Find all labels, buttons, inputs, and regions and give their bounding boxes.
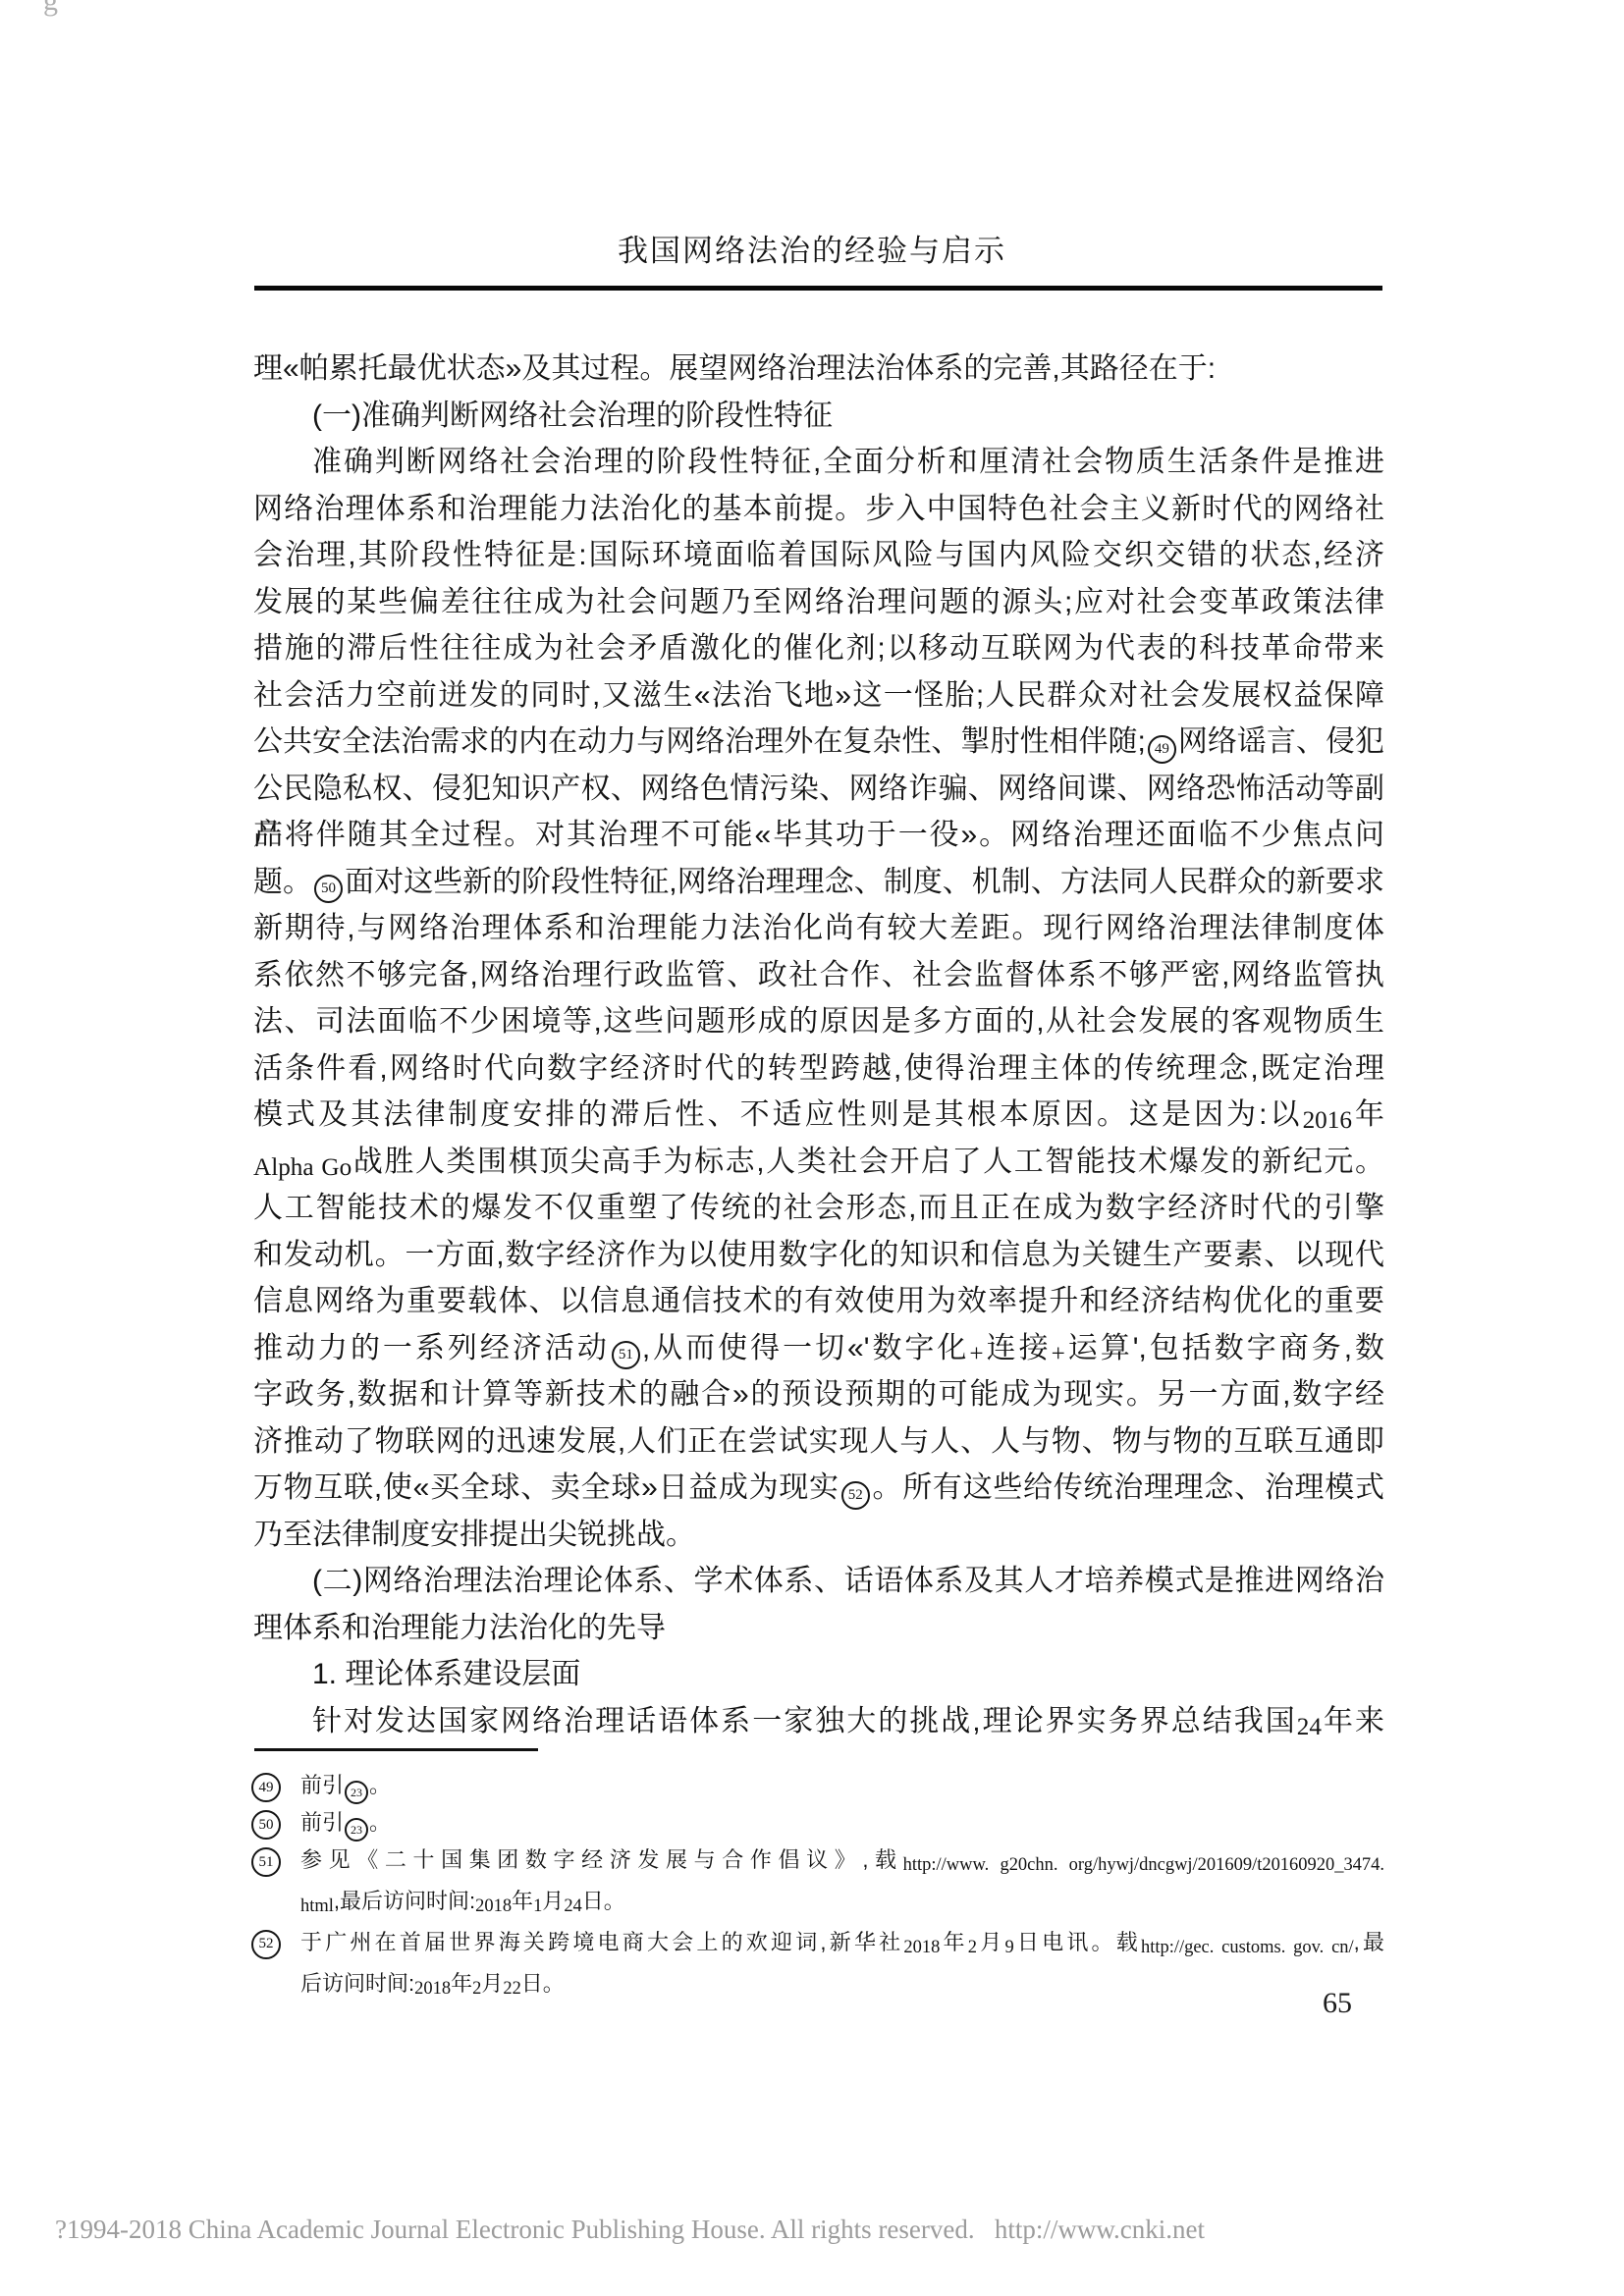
latin-run: + xyxy=(1052,1341,1065,1367)
body-line: 理«帕累托最优状态»及其过程。展望网络治理法治体系的完善,其路径在于: xyxy=(253,346,1384,393)
text-run: 题。 xyxy=(253,866,312,898)
footnote: 52于广州在首届世界海关跨境电商大会上的欢迎词,新华社2018年2月9日电讯。载… xyxy=(251,1924,1384,2006)
article-body: 理«帕累托最优状态»及其过程。展望网络治理法治体系的完善,其路径在于:(一)准确… xyxy=(253,346,1384,1744)
text-run: 年来 xyxy=(1322,1705,1384,1737)
text-run: 理体系和治理能力法治化的先导 xyxy=(253,1612,666,1644)
body-line: 字政务,数据和计算等新技术的融合»的预设预期的可能成为现实。另一方面,数字经 xyxy=(253,1371,1384,1418)
text-run: 年 xyxy=(512,1889,533,1913)
footnote-list: 49前引23。50前引23。51参见《二十国集团数字经济发展与合作倡议》,载ht… xyxy=(251,1767,1384,2006)
text-run: 人工智能技术的爆发不仅重塑了传统的社会形态,而且正在成为数字经济时代的引擎 xyxy=(253,1192,1384,1224)
text-run: 于广州在首届世界海关跨境电商大会上的欢迎词,新华社 xyxy=(300,1930,903,1954)
footer-watermark: ?1994-2018 China Academic Journal Electr… xyxy=(55,2215,1205,2245)
latin-run: html xyxy=(300,1896,334,1915)
body-line: 推动力的一系列经济活动51,从而使得一切«'数字化+连接+运算',包括数字商务,… xyxy=(253,1325,1384,1372)
text-run: 网络治理体系和治理能力法治化的基本前提。步入中国特色社会主义新时代的网络社 xyxy=(253,493,1384,525)
text-run: 战胜人类围棋顶尖高手为标志,人类社会开启了人工智能技术爆发的新纪元。 xyxy=(352,1146,1384,1178)
body-line: 公民隐私权、侵犯知识产权、网络色情污染、网络诈骗、网络间谍、网络恐怖活动等副产 xyxy=(253,766,1384,813)
body-line: 理体系和治理能力法治化的先导 xyxy=(253,1605,1384,1652)
body-line: 社会活力空前迸发的同时,又滋生«法治飞地»这一怪胎;人民群众对社会发展权益保障 xyxy=(253,672,1384,720)
footnote-text: 参见《二十国集团数字经济发展与合作倡议》,载http://www. g20chn… xyxy=(300,1842,1384,1924)
body-line: 措施的滞后性往往成为社会矛盾激化的催化剂;以移动互联网为代表的科技革命带来 xyxy=(253,625,1384,672)
footnote-line: html,最后访问时间:2018年1月24日。 xyxy=(300,1883,1384,1924)
text-run: 月 xyxy=(481,1971,503,1996)
text-run: ,最 xyxy=(1354,1930,1384,1954)
body-line: 法、司法面临不少困境等,这些问题形成的原因是多方面的,从社会发展的客观物质生 xyxy=(253,998,1384,1045)
text-run: 法、司法面临不少困境等,这些问题形成的原因是多方面的,从社会发展的客观物质生 xyxy=(253,1005,1384,1038)
footnote-marker: 52 xyxy=(251,1930,281,1959)
text-run: 月 xyxy=(977,1930,1004,1954)
text-run: 年 xyxy=(451,1971,472,1996)
text-run: 前引 xyxy=(300,1810,344,1835)
latin-run: 24 xyxy=(564,1896,581,1915)
body-line: 济推动了物联网的迅速发展,人们正在尝试实现人与人、人与物、物与物的互联互通即 xyxy=(253,1418,1384,1466)
body-line: Alpha Go战胜人类围棋顶尖高手为标志,人类社会开启了人工智能技术爆发的新纪… xyxy=(253,1139,1384,1186)
footnote-text: 于广州在首届世界海关跨境电商大会上的欢迎词,新华社2018年2月9日电讯。载ht… xyxy=(300,1924,1384,2006)
running-head-title: 我国网络法治的经验与启示 xyxy=(0,226,1624,270)
body-line: 题。50面对这些新的阶段性特征,网络治理理念、制度、机制、方法同人民群众的新要求 xyxy=(253,859,1384,906)
text-run: 网络谣言、侵犯 xyxy=(1178,725,1384,758)
latin-run: http://gec. customs. gov. cn/ xyxy=(1141,1937,1354,1956)
latin-run: 2016 xyxy=(1303,1107,1352,1134)
body-line: (一)准确判断网络社会治理的阶段性特征 xyxy=(253,393,1384,440)
body-line: 公共安全法治需求的内在动力与网络治理外在复杂性、掣肘性相伴随;49网络谣言、侵犯 xyxy=(253,719,1384,766)
text-run: 年 xyxy=(1352,1098,1384,1131)
text-run: 会治理,其阶段性特征是:国际环境面临着国际风险与国内风险交织交错的状态,经济 xyxy=(253,539,1384,571)
ref-number-circle: 50 xyxy=(314,875,343,903)
text-run: 月 xyxy=(542,1889,564,1913)
body-line: 网络治理体系和治理能力法治化的基本前提。步入中国特色社会主义新时代的网络社 xyxy=(253,486,1384,533)
body-line: 发展的某些偏差往往成为社会问题乃至网络治理问题的源头;应对社会变革政策法律 xyxy=(253,579,1384,626)
latin-run: + xyxy=(969,1341,983,1367)
body-line: 新期待,与网络治理体系和治理能力法治化尚有较大差距。现行网络治理法律制度体 xyxy=(253,905,1384,952)
text-run: 1. 理论体系建设层面 xyxy=(312,1658,580,1690)
text-run: 字政务,数据和计算等新技术的融合»的预设预期的可能成为现实。另一方面,数字经 xyxy=(253,1378,1384,1411)
text-run: 活条件看,网络时代向数字经济时代的转型跨越,使得治理主体的传统理念,既定治理 xyxy=(253,1052,1384,1085)
body-line: 会治理,其阶段性特征是:国际环境面临着国际风险与国内风险交织交错的状态,经济 xyxy=(253,532,1384,579)
body-line: 模式及其法律制度安排的滞后性、不适应性则是其根本原因。这是因为:以2016年 xyxy=(253,1092,1384,1139)
text-run: 推动力的一系列经济活动 xyxy=(253,1332,610,1364)
text-run: 新期待,与网络治理体系和治理能力法治化尚有较大差距。现行网络治理法律制度体 xyxy=(253,912,1384,944)
text-run: 公共安全法治需求的内在动力与网络治理外在复杂性、掣肘性相伴随; xyxy=(253,725,1146,758)
footnote-line: 于广州在首届世界海关跨境电商大会上的欢迎词,新华社2018年2月9日电讯。载ht… xyxy=(300,1924,1384,1965)
text-run: ,最后访问时间: xyxy=(334,1889,475,1913)
text-run: 济推动了物联网的迅速发展,人们正在尝试实现人与人、人与物、物与物的互联互通即 xyxy=(253,1425,1384,1458)
ref-number-circle: 23 xyxy=(345,1818,368,1842)
text-run: ,从而使得一切«'数字化 xyxy=(642,1332,970,1364)
text-run: 前引 xyxy=(300,1773,344,1797)
page-number: 65 xyxy=(1323,1987,1352,2020)
latin-run: Alpha Go xyxy=(253,1154,352,1181)
body-line: 活条件看,网络时代向数字经济时代的转型跨越,使得治理主体的传统理念,既定治理 xyxy=(253,1045,1384,1093)
latin-run: http://www. g20chn. org/hywj/dncgwj/2016… xyxy=(903,1854,1384,1874)
text-run: 准确判断网络社会治理的阶段性特征,全面分析和厘清社会物质生活条件是推进 xyxy=(312,446,1384,478)
latin-run: 1 xyxy=(533,1896,542,1915)
text-run: 。 xyxy=(369,1773,391,1797)
footnote-line: 参见《二十国集团数字经济发展与合作倡议》,载http://www. g20chn… xyxy=(300,1842,1384,1883)
ref-number-circle: 52 xyxy=(841,1481,870,1510)
body-line: 针对发达国家网络治理话语体系一家独大的挑战,理论界实务界总结我国24年来 xyxy=(253,1698,1384,1745)
text-run: 针对发达国家网络治理话语体系一家独大的挑战,理论界实务界总结我国 xyxy=(312,1705,1297,1737)
body-line: (二)网络治理法治理论体系、学术体系、话语体系及其人才培养模式是推进网络治 xyxy=(253,1558,1384,1605)
text-run: 年 xyxy=(940,1930,967,1954)
body-line: 万物互联,使«买全球、卖全球»日益成为现实52。所有这些给传统治理理念、治理模式 xyxy=(253,1465,1384,1512)
footnote: 50前引23。 xyxy=(251,1804,1384,1842)
text-run: 连接 xyxy=(984,1332,1052,1364)
latin-run: 24 xyxy=(1297,1714,1322,1740)
text-run: 日。 xyxy=(582,1889,625,1913)
text-run: 理«帕累托最优状态»及其过程。展望网络治理法治体系的完善,其路径在于: xyxy=(253,352,1216,385)
body-line: 乃至法律制度安排提出尖锐挑战。 xyxy=(253,1512,1384,1559)
body-line: 信息网络为重要载体、以信息通信技术的有效使用为效率提升和经济结构优化的重要 xyxy=(253,1278,1384,1325)
body-line: 和发动机。一方面,数字经济作为以使用数字化的知识和信息为关键生产要素、以现代 xyxy=(253,1232,1384,1279)
header-rule-divider xyxy=(254,286,1382,291)
footnote-line: 后访问时间:2018年2月22日。 xyxy=(300,1965,1384,2006)
footnote-marker: 50 xyxy=(251,1810,281,1840)
footnote-line: 前引23。 xyxy=(300,1804,1384,1842)
ref-number-circle: 51 xyxy=(612,1341,640,1369)
text-run: 。 xyxy=(369,1810,391,1835)
text-run: 措施的滞后性往往成为社会矛盾激化的催化剂;以移动互联网为代表的科技革命带来 xyxy=(253,632,1384,665)
text-run: 社会活力空前迸发的同时,又滋生«法治飞地»这一怪胎;人民群众对社会发展权益保障 xyxy=(253,679,1384,712)
text-run: 参见《二十国集团数字经济发展与合作倡议》,载 xyxy=(300,1847,903,1872)
latin-run: 2 xyxy=(472,1978,481,1998)
ref-number-circle: 49 xyxy=(1148,735,1176,764)
scan-artifact-mark: g xyxy=(43,0,58,18)
footnote: 51参见《二十国集团数字经济发展与合作倡议》,载http://www. g20c… xyxy=(251,1842,1384,1924)
footnote: 49前引23。 xyxy=(251,1767,1384,1804)
body-line: 品将伴随其全过程。对其治理不可能«毕其功于一役»。网络治理还面临不少焦点问 xyxy=(253,812,1384,859)
footnote-text: 前引23。 xyxy=(300,1767,1384,1804)
text-run: 万物互联,使«买全球、卖全球»日益成为现实 xyxy=(253,1471,839,1504)
text-run: 系依然不够完备,网络治理行政监管、政社合作、社会监督体系不够严密,网络监管执 xyxy=(253,959,1384,991)
footnote-separator xyxy=(254,1748,538,1751)
latin-run: 2018 xyxy=(475,1896,512,1915)
text-run: 乃至法律制度安排提出尖锐挑战。 xyxy=(253,1519,695,1551)
latin-run: 9 xyxy=(1004,1937,1013,1956)
latin-run: 2 xyxy=(968,1937,977,1956)
body-line: 人工智能技术的爆发不仅重塑了传统的社会形态,而且正在成为数字经济时代的引擎 xyxy=(253,1185,1384,1232)
body-line: 1. 理论体系建设层面 xyxy=(253,1651,1384,1698)
text-run: 品将伴随其全过程。对其治理不可能«毕其功于一役»。网络治理还面临不少焦点问 xyxy=(253,819,1384,851)
footnote-text: 前引23。 xyxy=(300,1804,1384,1842)
text-run: 。所有这些给传统治理理念、治理模式 xyxy=(872,1471,1384,1504)
latin-run: 22 xyxy=(503,1978,520,1998)
footnote-marker: 51 xyxy=(251,1847,281,1877)
footnote-line: 前引23。 xyxy=(300,1767,1384,1804)
latin-run: 2018 xyxy=(903,1937,940,1956)
text-run: 运算',包括数字商务,数 xyxy=(1065,1332,1384,1364)
text-run: 和发动机。一方面,数字经济作为以使用数字化的知识和信息为关键生产要素、以现代 xyxy=(253,1239,1384,1271)
text-run: (二)网络治理法治理论体系、学术体系、话语体系及其人才培养模式是推进网络治 xyxy=(312,1565,1384,1597)
text-run: 信息网络为重要载体、以信息通信技术的有效使用为效率提升和经济结构优化的重要 xyxy=(253,1285,1384,1317)
latin-run: 2018 xyxy=(414,1978,451,1998)
text-run: (一)准确判断网络社会治理的阶段性特征 xyxy=(312,400,833,432)
footnote-marker: 49 xyxy=(251,1773,281,1802)
body-line: 准确判断网络社会治理的阶段性特征,全面分析和厘清社会物质生活条件是推进 xyxy=(253,439,1384,486)
scanned-paper-page: g 我国网络法治的经验与启示 理«帕累托最优状态»及其过程。展望网络治理法治体系… xyxy=(0,0,1624,2296)
text-run: 面对这些新的阶段性特征,网络治理理念、制度、机制、方法同人民群众的新要求 xyxy=(345,866,1384,898)
body-line: 系依然不够完备,网络治理行政监管、政社合作、社会监督体系不够严密,网络监管执 xyxy=(253,952,1384,999)
text-run: 日。 xyxy=(521,1971,565,1996)
text-run: 模式及其法律制度安排的滞后性、不适应性则是其根本原因。这是因为:以 xyxy=(253,1098,1303,1131)
text-run: 日电讯。载 xyxy=(1014,1930,1141,1954)
ref-number-circle: 23 xyxy=(345,1781,368,1804)
text-run: 发展的某些偏差往往成为社会问题乃至网络治理问题的源头;应对社会变革政策法律 xyxy=(253,586,1384,618)
text-run: 后访问时间: xyxy=(300,1971,414,1996)
